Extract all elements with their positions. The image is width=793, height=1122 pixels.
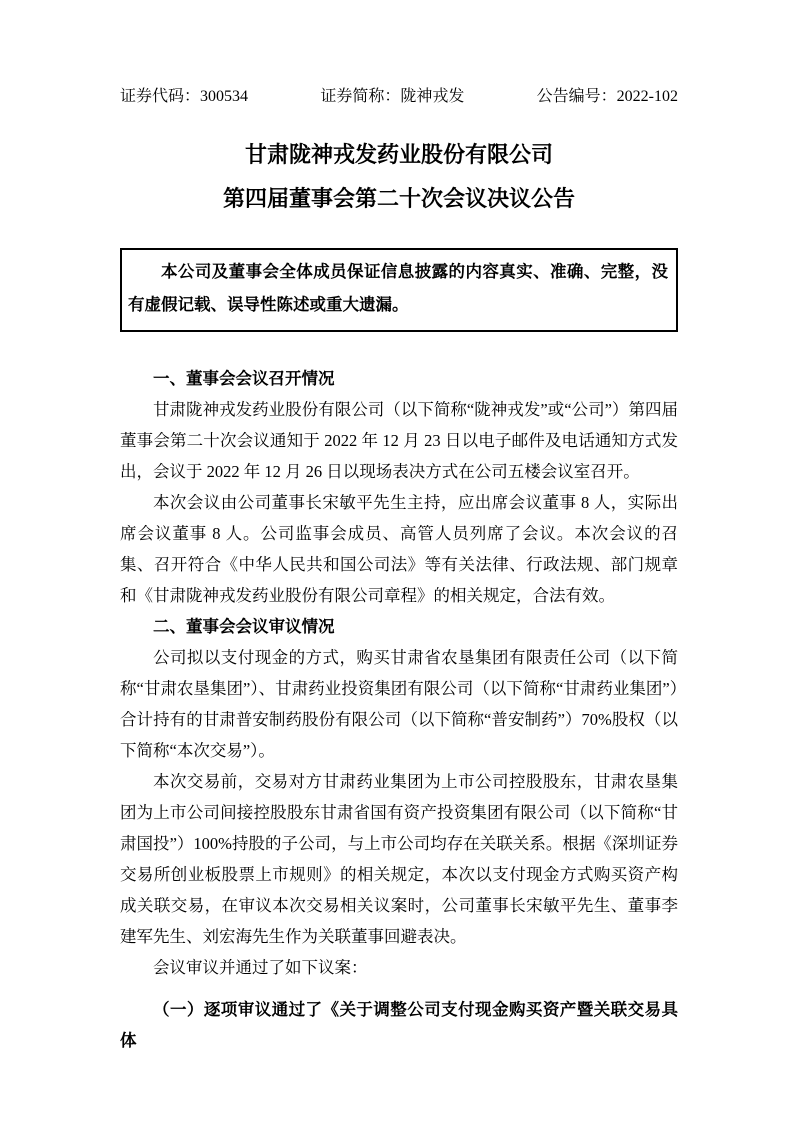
document-page: 证券代码：300534 证券简称：陇神戎发 公告编号：2022-102 甘肃陇神… xyxy=(0,0,793,1122)
section-heading-meeting-deliberation: 二、董事会会议审议情况 xyxy=(120,611,678,642)
page-subtitle: 第四届董事会第二十次会议决议公告 xyxy=(120,185,678,213)
document-body: 一、董事会会议召开情况 甘肃陇神戎发药业股份有限公司（以下简称“陇神戎发”或“公… xyxy=(120,363,678,1056)
disclaimer-box: 本公司及董事会全体成员保证信息披露的内容真实、准确、完整，没有虚假记载、误导性陈… xyxy=(120,248,678,332)
paragraph-meeting-notice: 甘肃陇神戎发药业股份有限公司（以下简称“陇神戎发”或“公司”）第四届董事会第二十… xyxy=(120,394,678,487)
paragraph-related-transaction: 本次交易前，交易对方甘肃药业集团为上市公司控股股东，甘肃农垦集团为上市公司间接控… xyxy=(120,766,678,952)
paragraph-resolutions-intro: 会议审议并通过了如下议案： xyxy=(120,952,678,983)
paragraph-cash-purchase: 公司拟以支付现金的方式，购买甘肃省农垦集团有限责任公司（以下简称“甘肃农垦集团”… xyxy=(120,642,678,766)
page-title: 甘肃陇神戎发药业股份有限公司 xyxy=(120,141,678,169)
announcement-number: 公告编号：2022-102 xyxy=(537,86,678,108)
stock-abbr: 证券简称：陇神戎发 xyxy=(320,86,464,108)
paragraph-meeting-attendance: 本次会议由公司董事长宋敏平先生主持，应出席会议董事 8 人，实际出席会议董事 8… xyxy=(120,487,678,611)
section-heading-meeting-convening: 一、董事会会议召开情况 xyxy=(120,363,678,394)
document-header-row: 证券代码：300534 证券简称：陇神戎发 公告编号：2022-102 xyxy=(120,0,678,108)
paragraph-resolution-item-1: （一）逐项审议通过了《关于调整公司支付现金购买资产暨关联交易具体 xyxy=(120,994,678,1056)
stock-code: 证券代码：300534 xyxy=(120,86,248,108)
document-content: 证券代码：300534 证券简称：陇神戎发 公告编号：2022-102 甘肃陇神… xyxy=(120,0,678,1056)
disclaimer-text: 本公司及董事会全体成员保证信息披露的内容真实、准确、完整，没有虚假记载、误导性陈… xyxy=(128,255,668,321)
